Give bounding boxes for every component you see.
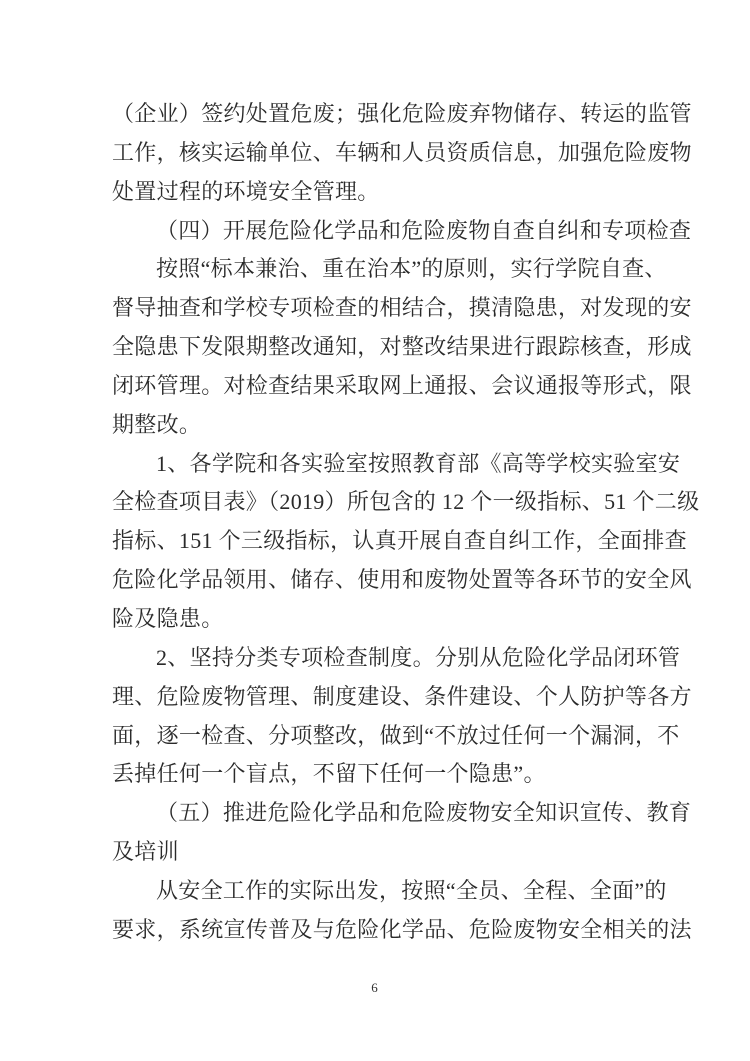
text-line: 督导抽查和学校专项检查的相结合，摸清隐患，对发现的安 — [112, 289, 646, 328]
text-line: （四）开展危险化学品和危险废物自查自纠和专项检查 — [112, 212, 646, 251]
document-page: （企业）签约处置危废；强化危险废弃物储存、转运的监管工作，核实运输单位、车辆和人… — [0, 0, 750, 1061]
text-line: 1、各学院和各实验室按照教育部《高等学校实验室安 — [112, 445, 646, 484]
text-line: 期整改。 — [112, 406, 646, 445]
text-line: 按照“标本兼治、重在治本”的原则，实行学院自查、 — [112, 250, 646, 289]
text-line: 险及隐患。 — [112, 600, 646, 639]
text-line: 全隐患下发限期整改通知，对整改结果进行跟踪核查，形成 — [112, 328, 646, 367]
text-line: 工作，核实运输单位、车辆和人员资质信息，加强危险废物 — [112, 134, 646, 173]
text-line: 全检查项目表》（2019）所包含的 12 个一级指标、51 个二级 — [112, 483, 646, 522]
text-line: 要求，系统宣传普及与危险化学品、危险废物安全相关的法 — [112, 911, 646, 950]
text-line: 丢掉任何一个盲点，不留下任何一个隐患”。 — [112, 755, 646, 794]
text-block: （企业）签约处置危废；强化危险废弃物储存、转运的监管工作，核实运输单位、车辆和人… — [112, 95, 646, 950]
text-line: 从安全工作的实际出发，按照“全员、全程、全面”的 — [112, 872, 646, 911]
text-line: 处置过程的环境安全管理。 — [112, 173, 646, 212]
text-line: 危险化学品领用、储存、使用和废物处置等各环节的安全风 — [112, 561, 646, 600]
page-number: 6 — [0, 980, 750, 996]
text-line: 面，逐一检查、分项整改，做到“不放过任何一个漏洞，不 — [112, 717, 646, 756]
text-line: 指标、151 个三级指标，认真开展自查自纠工作，全面排查 — [112, 522, 646, 561]
text-line: （企业）签约处置危废；强化危险废弃物储存、转运的监管 — [112, 95, 646, 134]
text-line: 及培训 — [112, 833, 646, 872]
text-line: 2、坚持分类专项检查制度。分别从危险化学品闭环管 — [112, 639, 646, 678]
text-line: （五）推进危险化学品和危险废物安全知识宣传、教育 — [112, 794, 646, 833]
text-line: 闭环管理。对检查结果采取网上通报、会议通报等形式，限 — [112, 367, 646, 406]
text-line: 理、危险废物管理、制度建设、条件建设、个人防护等各方 — [112, 678, 646, 717]
